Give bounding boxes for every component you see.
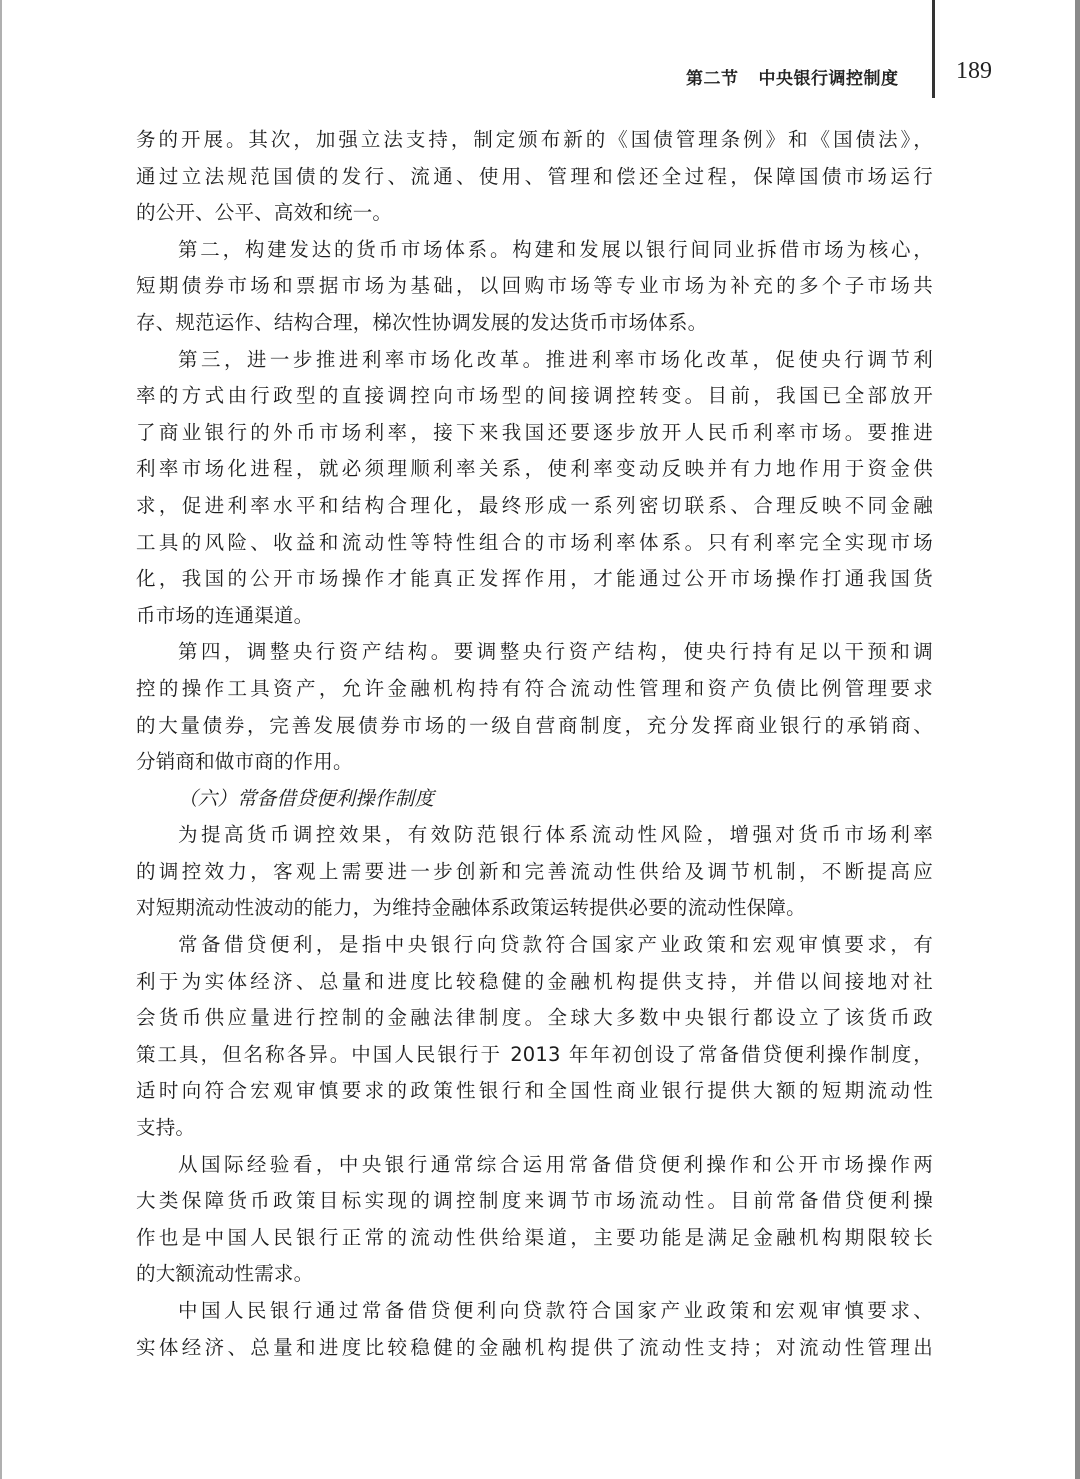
text-line: 短期债券市场和票据市场为基础，以回购市场等专业市场为补充的多个子市场共 — [136, 268, 933, 305]
text-line: 的大额流动性需求。 — [136, 1256, 933, 1293]
text-line: 第二，构建发达的货币市场体系。构建和发展以银行间同业拆借市场为核心， — [136, 232, 933, 269]
text-line: 中国人民银行通过常备借贷便利向贷款符合国家产业政策和宏观审慎要求、 — [136, 1293, 933, 1330]
text-line: 了商业银行的外币市场利率，接下来我国还要逐步放开人民币利率市场。要推进 — [136, 415, 933, 452]
header-divider-rule — [932, 0, 935, 98]
header-section-title: 第二节中央银行调控制度 — [686, 64, 899, 89]
text-line: 实体经济、总量和进度比较稳健的金融机构提供了流动性支持；对流动性管理出 — [136, 1330, 933, 1367]
text-line: 支持。 — [136, 1110, 933, 1147]
text-line: 分销商和做市商的作用。 — [136, 744, 933, 781]
text-line: 利于为实体经济、总量和进度比较稳健的金融机构提供支持，并借以间接地对社 — [136, 964, 933, 1001]
running-header: 第二节中央银行调控制度 189 — [0, 58, 1080, 98]
text-line: 第四，调整央行资产结构。要调整央行资产结构，使央行持有足以干预和调 — [136, 634, 933, 671]
page-right-edge-shadow — [1075, 0, 1080, 1479]
text-line: 币市场的连通渠道。 — [136, 598, 933, 635]
text-line: 适时向符合宏观审慎要求的政策性银行和全国性商业银行提供大额的短期流动性 — [136, 1073, 933, 1110]
page-left-edge — [0, 0, 2, 1479]
page-number: 189 — [956, 58, 992, 85]
text-line: 的调控效力，客观上需要进一步创新和完善流动性供给及调节机制，不断提高应 — [136, 854, 933, 891]
text-line: 通过立法规范国债的发行、流通、使用、管理和偿还全过程，保障国债市场运行 — [136, 159, 933, 196]
text-line: 求，促进利率水平和结构合理化，最终形成一系列密切联系、合理反映不同金融 — [136, 488, 933, 525]
text-line: 大类保障货币政策目标实现的调控制度来调节市场流动性。目前常备借贷便利操 — [136, 1183, 933, 1220]
text-line: 会货币供应量进行控制的金融法律制度。全球大多数中央银行都设立了该货币政 — [136, 1000, 933, 1037]
subsection-heading: （六）常备借贷便利操作制度 — [136, 781, 933, 818]
text-line: 第三，进一步推进利率市场化改革。推进利率市场化改革，促使央行调节利 — [136, 342, 933, 379]
text-line: 的大量债券，完善发展债券市场的一级自营商制度，充分发挥商业银行的承销商、 — [136, 708, 933, 745]
text-line: 的公开、公平、高效和统一。 — [136, 195, 933, 232]
text-line: 利率市场化进程，就必须理顺利率关系，使利率变动反映并有力地作用于资金供 — [136, 451, 933, 488]
text-line: 对短期流动性波动的能力，为维持金融体系政策运转提供必要的流动性保障。 — [136, 890, 933, 927]
text-line: 常备借贷便利，是指中央银行向贷款符合国家产业政策和宏观审慎要求，有 — [136, 927, 933, 964]
text-line: 从国际经验看，中央银行通常综合运用常备借贷便利操作和公开市场操作两 — [136, 1147, 933, 1184]
section-title: 中央银行调控制度 — [759, 69, 899, 89]
section-number: 第二节 — [686, 69, 739, 89]
text-line: 存、规范运作、结构合理，梯次性协调发展的发达货币市场体系。 — [136, 305, 933, 342]
text-line: 作也是中国人民银行正常的流动性供给渠道，主要功能是满足金融机构期限较长 — [136, 1220, 933, 1257]
text-line: 策工具，但名称各异。中国人民银行于 2013 年年初创设了常备借贷便利操作制度， — [136, 1037, 933, 1074]
body-text: 务的开展。其次，加强立法支持，制定颁布新的《国债管理条例》和《国债法》，通过立法… — [136, 122, 933, 1366]
text-line: 务的开展。其次，加强立法支持，制定颁布新的《国债管理条例》和《国债法》， — [136, 122, 933, 159]
text-line: 工具的风险、收益和流动性等特性组合的市场利率体系。只有利率完全实现市场 — [136, 525, 933, 562]
text-line: 化，我国的公开市场操作才能真正发挥作用，才能通过公开市场操作打通我国货 — [136, 561, 933, 598]
text-line: 为提高货币调控效果，有效防范银行体系流动性风险，增强对货币市场利率 — [136, 817, 933, 854]
text-line: 控的操作工具资产，允许金融机构持有符合流动性管理和资产负债比例管理要求 — [136, 671, 933, 708]
text-line: 率的方式由行政型的直接调控向市场型的间接调控转变。目前，我国已全部放开 — [136, 378, 933, 415]
